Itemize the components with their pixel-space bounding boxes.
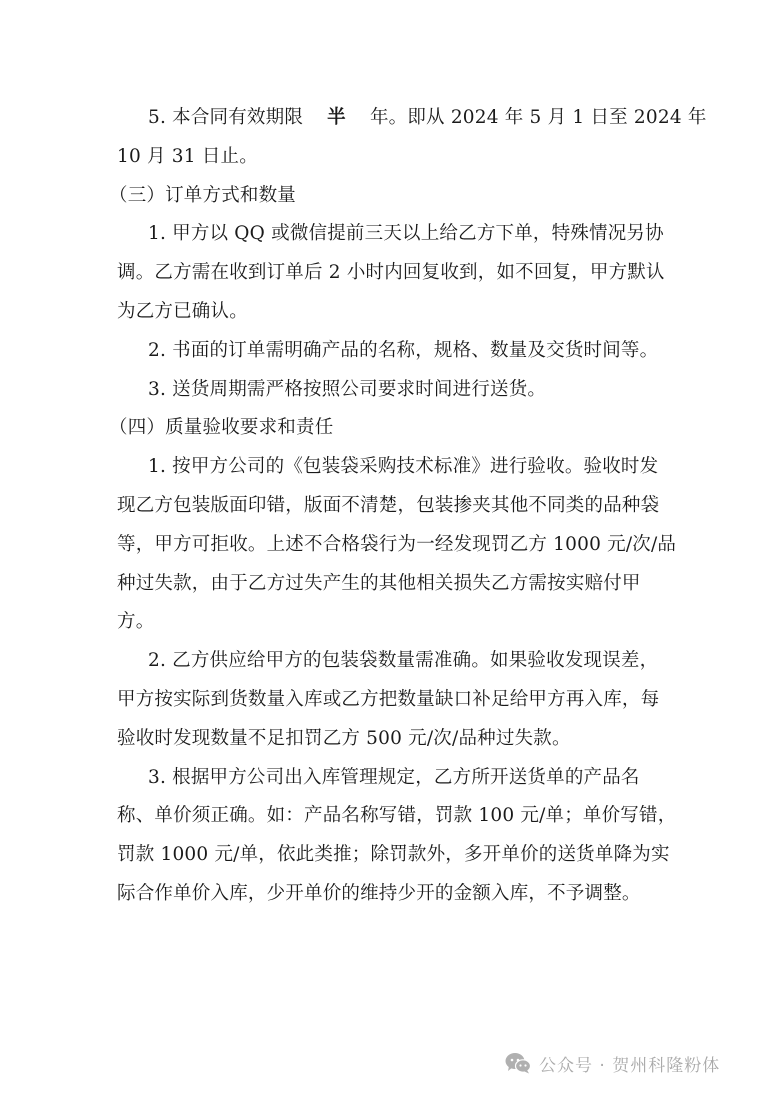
text-line: 种过失款，由于乙方过失产生的其他相关损失乙方需按实赔付甲: [117, 565, 657, 604]
text-line: 际合作单价入库，少开单价的维持少开的金额入库，不予调整。: [117, 875, 657, 914]
text-line: 3. 根据甲方公司出入库管理规定，乙方所开送货单的产品名: [117, 759, 657, 798]
text-line: 2. 书面的订单需明确产品的名称，规格、数量及交货时间等。: [117, 332, 657, 371]
text-line: 等，甲方可拒收。上述不合格袋行为一经发现罚乙方 1000 元/次/品: [117, 526, 657, 565]
text-line: 调。乙方需在收到订单后 2 小时内回复收到，如不回复，甲方默认: [117, 254, 657, 293]
text-line: 方。: [117, 603, 657, 642]
text-line: 现乙方包装版面印错，版面不清楚，包装掺夹其他不同类的品种袋: [117, 487, 657, 526]
clause-5-suffix: 年。即从 2024 年 5 月 1 日至 2024 年: [370, 107, 707, 128]
section-heading-quality: （四）质量验收要求和责任: [109, 409, 657, 448]
text-line: 10 月 31 日止。: [117, 138, 657, 177]
text-line: 1. 按甲方公司的《包装袋采购技术标准》进行验收。验收时发: [117, 448, 657, 487]
clause-5-prefix: 5. 本合同有效期限: [148, 107, 303, 128]
wechat-icon: [505, 1052, 531, 1074]
section-heading-ordering: （三）订单方式和数量: [109, 177, 657, 216]
validity-term-value: 半: [309, 107, 364, 128]
text-line: 3. 送货周期需严格按照公司要求时间进行送货。: [117, 371, 657, 410]
wechat-watermark: 公众号 · 贺州科隆粉体: [505, 1050, 720, 1076]
text-line: 称、单价须正确。如：产品名称写错，罚款 100 元/单；单价写错，: [117, 797, 657, 836]
text-line: 验收时发现数量不足扣罚乙方 500 元/次/品种过失款。: [117, 720, 657, 759]
text-line: 2. 乙方供应给甲方的包装袋数量需准确。如果验收发现误差，: [117, 642, 657, 681]
text-line: 为乙方已确认。: [117, 293, 657, 332]
clause-5-validity-line: 5. 本合同有效期限 半 年。即从 2024 年 5 月 1 日至 2024 年: [117, 99, 657, 138]
text-line: 1. 甲方以 QQ 或微信提前三天以上给乙方下单，特殊情况另协: [117, 215, 657, 254]
document-page: 5. 本合同有效期限 半 年。即从 2024 年 5 月 1 日至 2024 年…: [117, 99, 657, 914]
text-line: 罚款 1000 元/单，依此类推；除罚款外，多开单价的送货单降为实: [117, 836, 657, 875]
text-line: 甲方按实际到货数量入库或乙方把数量缺口补足给甲方再入库，每: [117, 681, 657, 720]
watermark-text: 公众号 · 贺州科隆粉体: [539, 1051, 720, 1076]
